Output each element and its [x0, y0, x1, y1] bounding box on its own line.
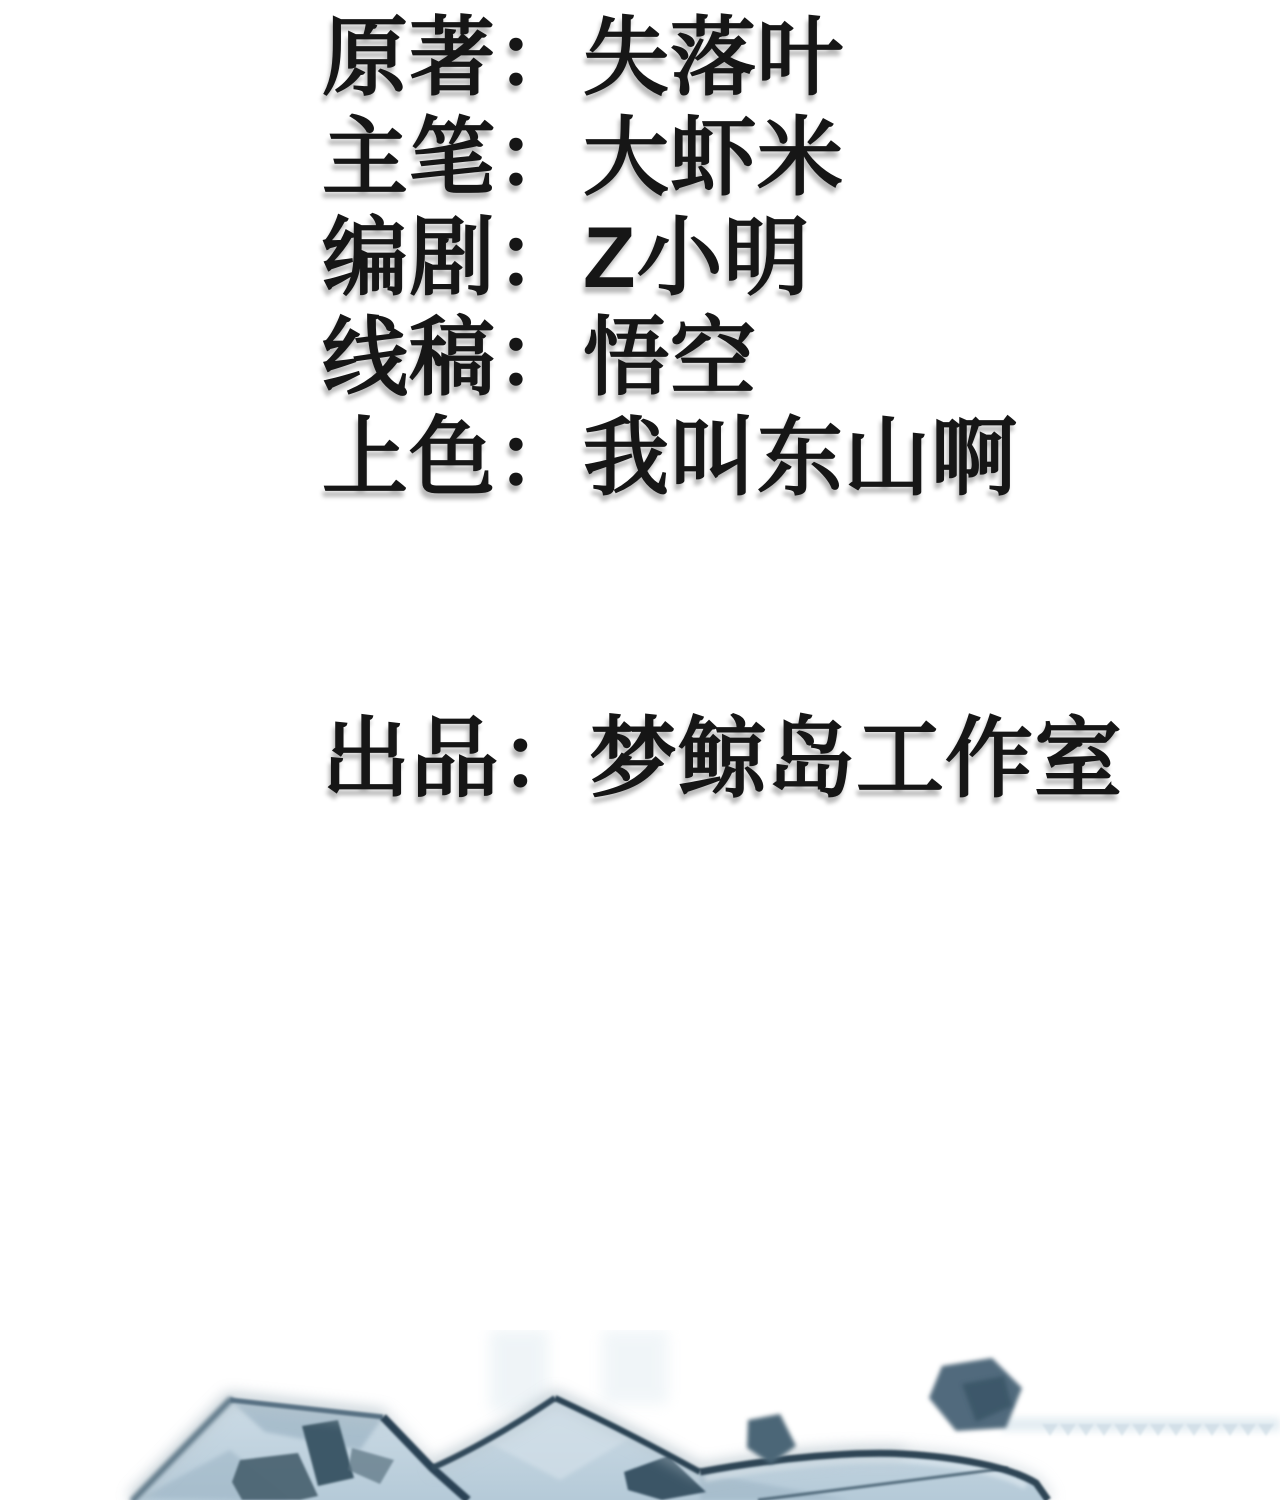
credit-line-line-art: 线稿：悟空 — [322, 308, 1018, 408]
credit-line-lead-artist: 主笔：大虾米 — [322, 108, 1018, 208]
producer-credit: 出品：梦鲸岛工作室 — [322, 704, 1123, 814]
credit-line-original-author: 原著：失落叶 — [322, 8, 1018, 108]
credit-line-screenwriter: 编剧：Z小明 — [322, 208, 1018, 308]
ice-shards-artwork — [0, 1330, 1280, 1500]
credit-line-coloring: 上色：我叫东山啊 — [322, 408, 1018, 508]
haze-strips — [490, 1330, 668, 1412]
comic-credits-page: 原著：失落叶 主笔：大虾米 编剧：Z小明 线稿：悟空 上色：我叫东山啊 出品：梦… — [0, 0, 1280, 1500]
credits-block: 原著：失落叶 主笔：大虾米 编剧：Z小明 线稿：悟空 上色：我叫东山啊 — [322, 8, 1018, 508]
haze-band — [1002, 1418, 1280, 1436]
